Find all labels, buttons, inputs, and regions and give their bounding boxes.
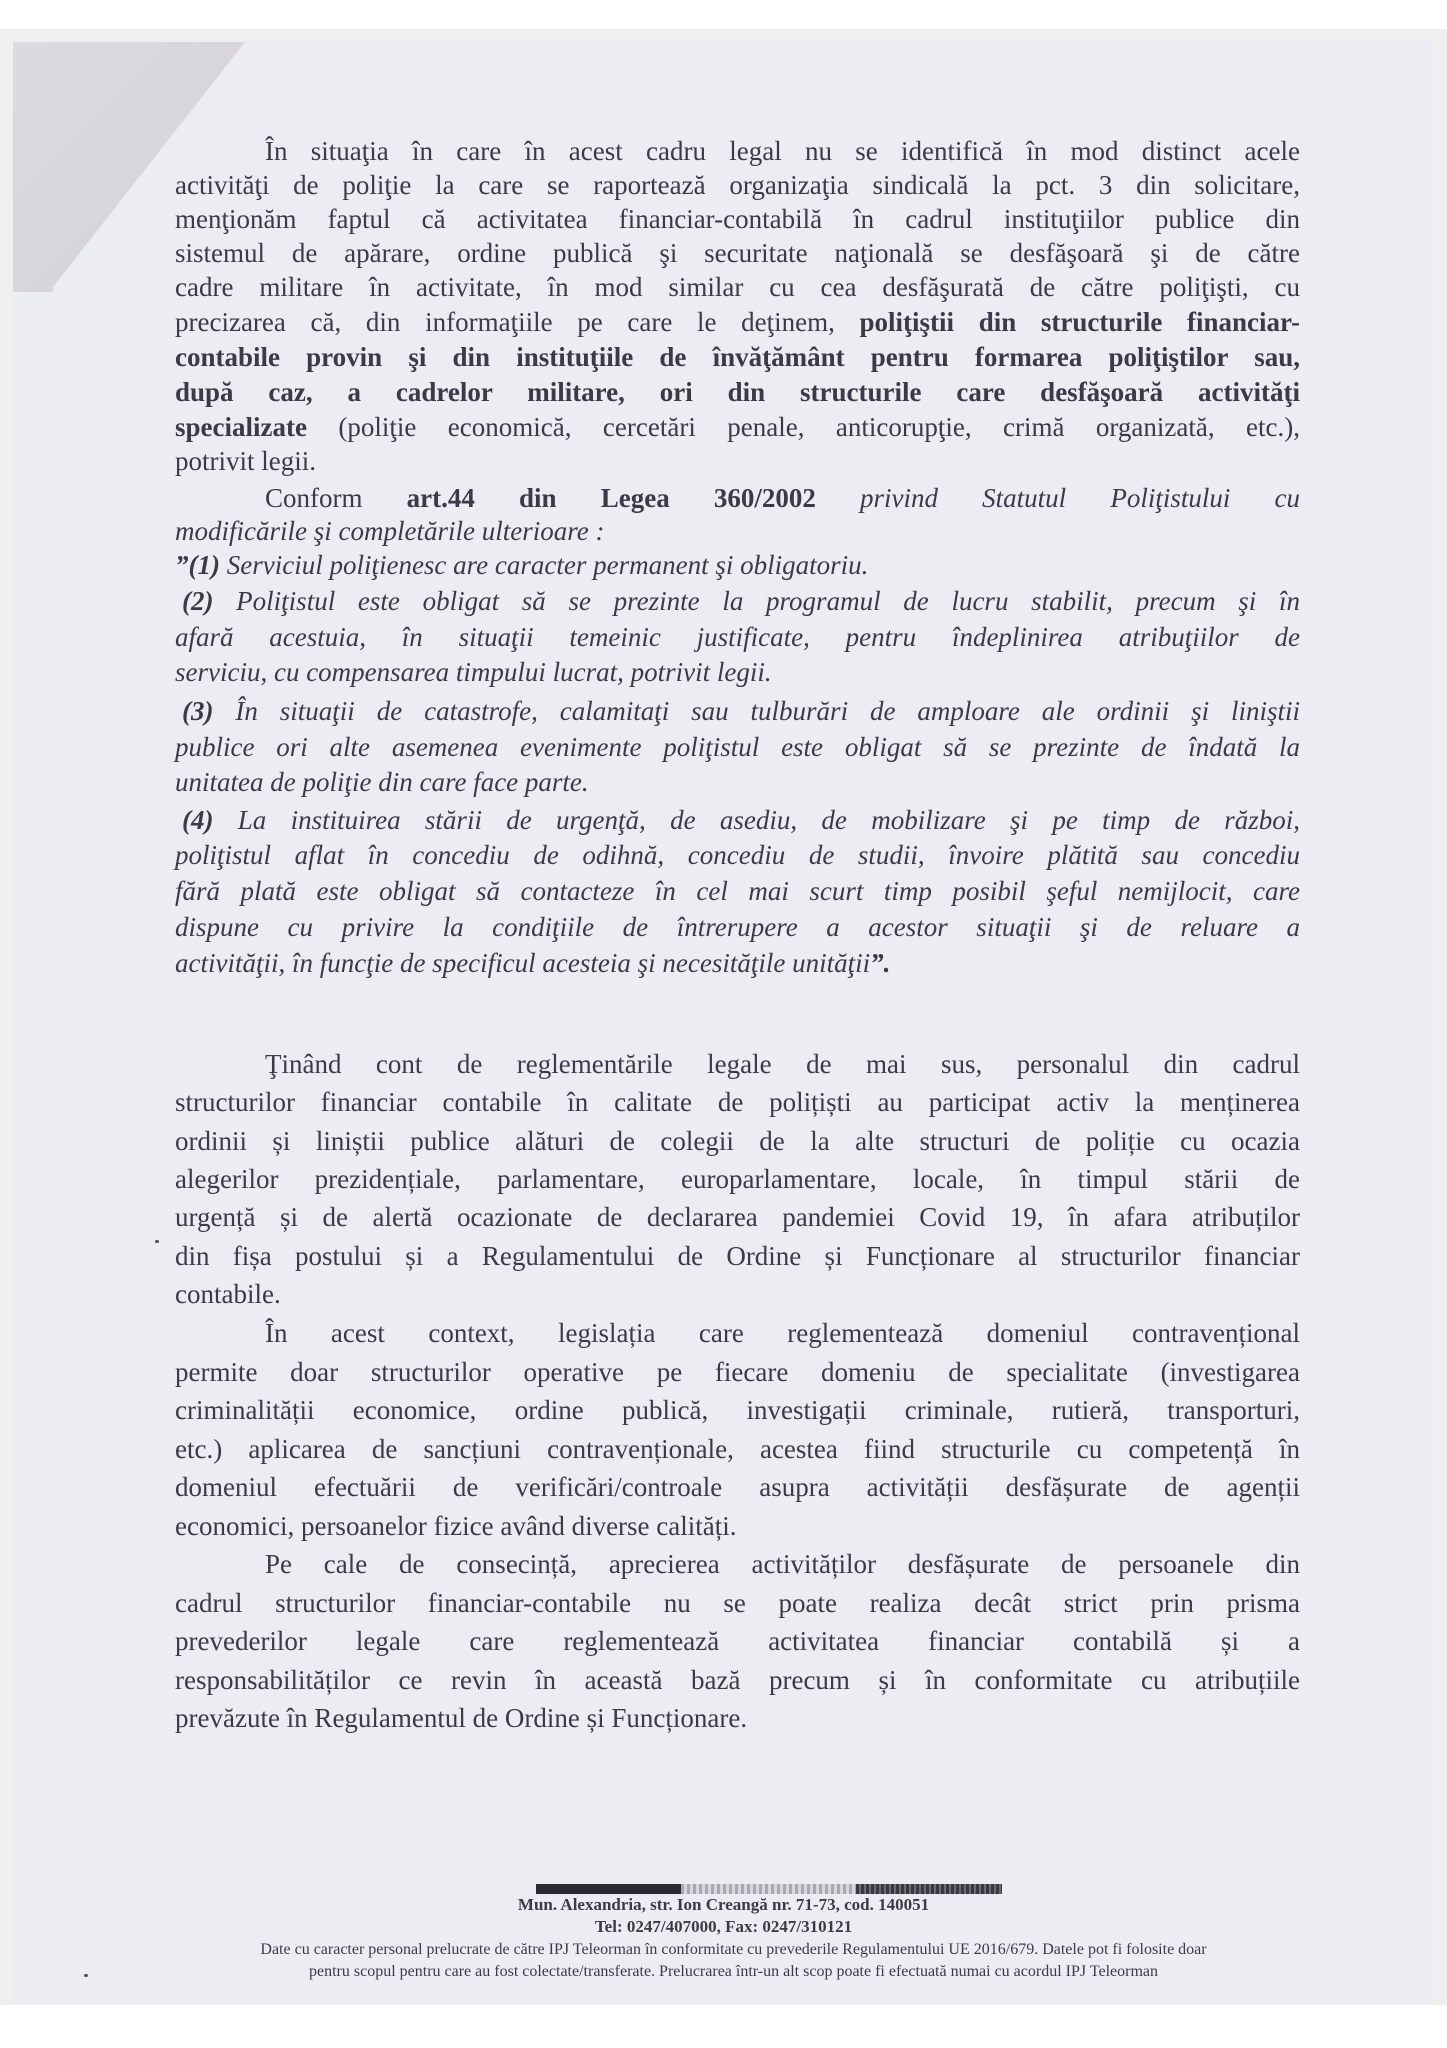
paragraph-5-line-2: cadrul structurilor financiar-contabile …	[175, 1586, 1300, 1620]
paragraph-1-line-2: activităţi de poliţie la care se raporte…	[175, 168, 1300, 202]
paragraph-3-line-1: Ţinând cont de reglementările legale de …	[265, 1047, 1300, 1081]
paragraph-3-line-5: urgență și de alertă ocazionate de decla…	[175, 1200, 1300, 1234]
paragraph-1-line-9: specializate (poliţie economică, cercetă…	[175, 410, 1300, 444]
item-text: activităţii, în funcţie de specificul ac…	[175, 948, 870, 978]
quote-item-4-line-4: dispune cu privire la condiţiile de într…	[175, 910, 1300, 944]
paragraph-3-line-2: structurilor financiar contabile în cali…	[175, 1085, 1300, 1119]
paragraph-5-line-3: prevederilor legale care reglementează a…	[175, 1624, 1300, 1658]
quote-item-4-line-5: activităţii, în funcţie de specificul ac…	[175, 946, 1300, 980]
bold-text: poliţiştii din structurile financiar-	[860, 307, 1300, 337]
footer-bar-segment-dark	[536, 1884, 681, 1894]
paragraph-2-intro-line-2: modificările şi completările ulterioare …	[175, 514, 1300, 548]
quote-item-3-line-2: publice ori alte asemenea evenimente pol…	[175, 730, 1300, 764]
quote-item-2-line-1: (2) Poliţistul este obligat să se prezin…	[182, 584, 1300, 618]
paragraph-4-line-1: În acest context, legislația care reglem…	[265, 1316, 1300, 1350]
paragraph-2-intro-line-1: Conform art.44 din Legea 360/2002 privin…	[265, 481, 1300, 515]
item-number: (2)	[182, 586, 213, 616]
paragraph-4-line-6: economici, persoanelor fizice având dive…	[175, 1509, 1300, 1543]
footer-bar-segment-pattern	[856, 1884, 1002, 1894]
paragraph-1-line-5: cadre militare în activitate, în mod sim…	[175, 270, 1300, 304]
scan-speck	[84, 1974, 88, 1977]
quote-item-4-line-2: poliţistul aflat în concediu de odihnă, …	[175, 838, 1300, 872]
paragraph-4-line-5: domeniul efectuării de verificări/contro…	[175, 1470, 1300, 1504]
paragraph-3-line-6: din fișa postului și a Regulamentului de…	[175, 1239, 1300, 1273]
quote-item-2-line-2: afară acestuia, în situaţii temeinic jus…	[175, 620, 1300, 654]
paragraph-3-line-7: contabile.	[175, 1277, 1300, 1311]
paragraph-5-line-5: prevăzute în Regulamentul de Ordine și F…	[175, 1701, 1300, 1735]
item-number: (4)	[182, 805, 213, 835]
scan-speck	[155, 1240, 159, 1243]
paragraph-4-line-4: etc.) aplicarea de sancțiuni contravenți…	[175, 1432, 1300, 1466]
footer-bar-segment-light	[681, 1884, 856, 1894]
item-number: (3)	[182, 696, 213, 726]
item-text: Poliţistul este obligat să se prezinte l…	[213, 586, 1300, 616]
footer-gdpr-notice-line-2: pentru scopul pentru care au fost colect…	[10, 1961, 1447, 1983]
paragraph-3-line-4: alegerilor prezidențiale, parlamentare, …	[175, 1162, 1300, 1196]
quote-item-4-line-3: fără plată este obligat să contacteze în…	[175, 874, 1300, 908]
paragraph-1-line-7: contabile provin şi din instituţiile de …	[175, 340, 1300, 374]
footer-contact: Tel: 0247/407000, Fax: 0247/310121	[0, 1916, 1447, 1938]
item-text: La instituirea stării de urgenţă, de ase…	[213, 805, 1300, 835]
paragraph-5-line-4: responsabilităților ce revin în această …	[175, 1663, 1300, 1697]
closing-quote: ”.	[870, 948, 890, 978]
quote-item-3-line-1: (3) În situaţii de catastrofe, calamitaţ…	[182, 694, 1300, 728]
paragraph-1-line-3: menţionăm faptul că activitatea financia…	[175, 202, 1300, 236]
footer-address: Mun. Alexandria, str. Ion Creangă nr. 71…	[0, 1894, 1447, 1916]
paragraph-1-line-6: precizarea că, din informaţiile pe care …	[175, 305, 1300, 339]
quote-item-1: ”(1) Serviciul poliţienesc are caracter …	[175, 548, 1300, 582]
paragraph-5-line-1: Pe cale de consecință, aprecierea activi…	[265, 1547, 1300, 1581]
paragraph-3-line-3: ordinii și liniștii publice alături de c…	[175, 1124, 1300, 1158]
bold-text: specializate	[175, 412, 307, 442]
quote-item-2-line-3: serviciu, cu compensarea timpului lucrat…	[175, 655, 1300, 689]
item-number: ”(1)	[175, 550, 220, 580]
footer-gdpr-notice-line-1: Date cu caracter personal prelucrate de …	[10, 1939, 1447, 1961]
item-text: În situaţii de catastrofe, calamitaţi sa…	[213, 696, 1300, 726]
paragraph-1-line-10: potrivit legii.	[175, 444, 1300, 478]
law-reference: art.44 din Legea 360/2002	[407, 483, 816, 513]
paragraph-4-line-2: permite doar structurilor operative pe f…	[175, 1355, 1300, 1389]
plain-text: (poliţie economică, cercetări penale, an…	[307, 412, 1300, 442]
paragraph-1-line-1: În situaţia în care în acest cadru legal…	[265, 134, 1300, 168]
paragraph-4-line-3: criminalității economice, ordine publică…	[175, 1393, 1300, 1427]
quote-item-4-line-1: (4) La instituirea stării de urgenţă, de…	[182, 803, 1300, 837]
paragraph-1-line-4: sistemul de apărare, ordine publică şi s…	[175, 236, 1300, 270]
item-text: Serviciul poliţienesc are caracter perma…	[220, 550, 868, 580]
footer-decorative-bar	[536, 1884, 1002, 1894]
plain-text: precizarea că, din informaţiile pe care …	[175, 307, 860, 337]
plain-text: Conform	[265, 483, 407, 513]
paragraph-1-line-8: după caz, a cadrelor militare, ori din s…	[175, 375, 1300, 409]
quote-item-3-line-3: unitatea de poliţie din care face parte.	[175, 765, 1300, 799]
italic-text: privind Statutul Poliţistului cu	[816, 483, 1300, 513]
